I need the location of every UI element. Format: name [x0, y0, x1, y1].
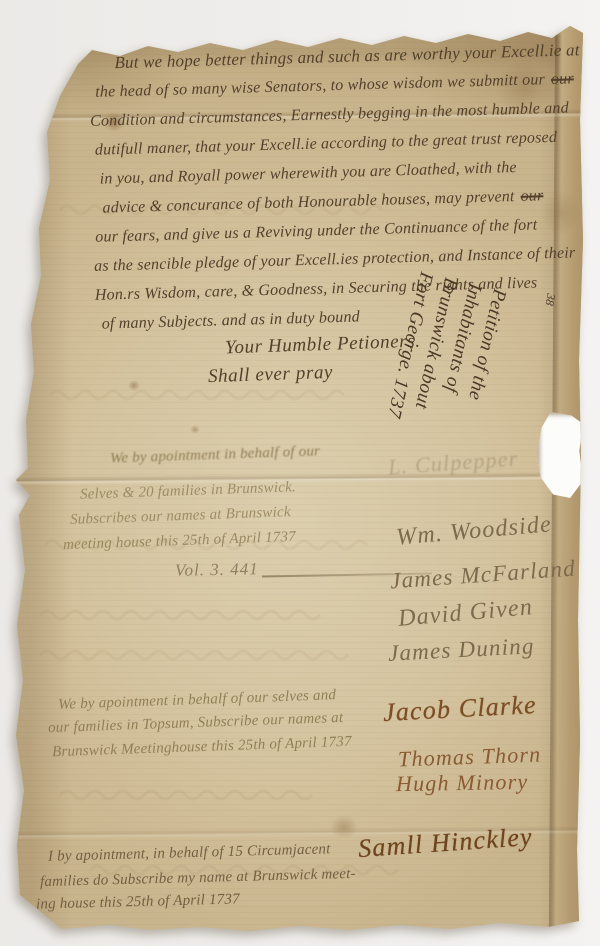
petition-body: But we hope better things and such as ar… [88, 35, 587, 339]
attestation-line: ing house this 25th of April 1737 [36, 891, 240, 913]
closing-line: Shall ever pray [208, 362, 334, 388]
attestation-line: I by apointment, in behalf of 15 Circumj… [48, 841, 331, 865]
document-scan: 52 But we hope better things and such as… [0, 0, 600, 946]
fold-crease [0, 471, 600, 485]
attestation-faint-line: We by apointment in behalf of our [110, 443, 321, 467]
attestation-line: our families in Topsum, Subscribe our na… [48, 710, 344, 737]
signature-clarke: Jacob Clarke [382, 690, 537, 728]
attestation-line: Brunswick Meetinghouse this 25th of Apri… [52, 734, 352, 761]
closing-line: Your Humble Petioners. [225, 331, 421, 360]
signature-thorn: Thomas Thorn [398, 742, 542, 773]
signature-woodside: Wm. Woodside [395, 511, 553, 552]
torn-hole [537, 412, 583, 498]
signature-duning: James Duning [387, 633, 535, 667]
petition-line-text: of many Subjects. and as in duty bound [101, 308, 360, 332]
signature-mcfarland: James McFarland [389, 556, 576, 595]
docket-number: 38 [542, 292, 559, 306]
volume-note: Vol. 3. 441 [175, 559, 259, 580]
manuscript-page: 52 But we hope better things and such as… [0, 0, 600, 946]
struck-word: our [551, 70, 574, 88]
manuscript-page-wrap: 52 But we hope better things and such as… [0, 0, 600, 946]
signature-minory: Hugh Minory [396, 769, 529, 797]
attestation-line: Subscribes our names at Brunswick [70, 504, 291, 529]
attestation-line: We by apointment in behalf of our selves… [58, 687, 337, 714]
stain [190, 425, 200, 434]
folio-number: 52 [103, 31, 129, 56]
struck-word: our [520, 187, 543, 205]
stain [128, 380, 140, 391]
attestation-line: meeting house this 25th of April 1737 [63, 529, 296, 554]
attestation-line: families do Subscribe my name at Brunswi… [40, 866, 356, 891]
signature-given: David Given [397, 594, 534, 633]
